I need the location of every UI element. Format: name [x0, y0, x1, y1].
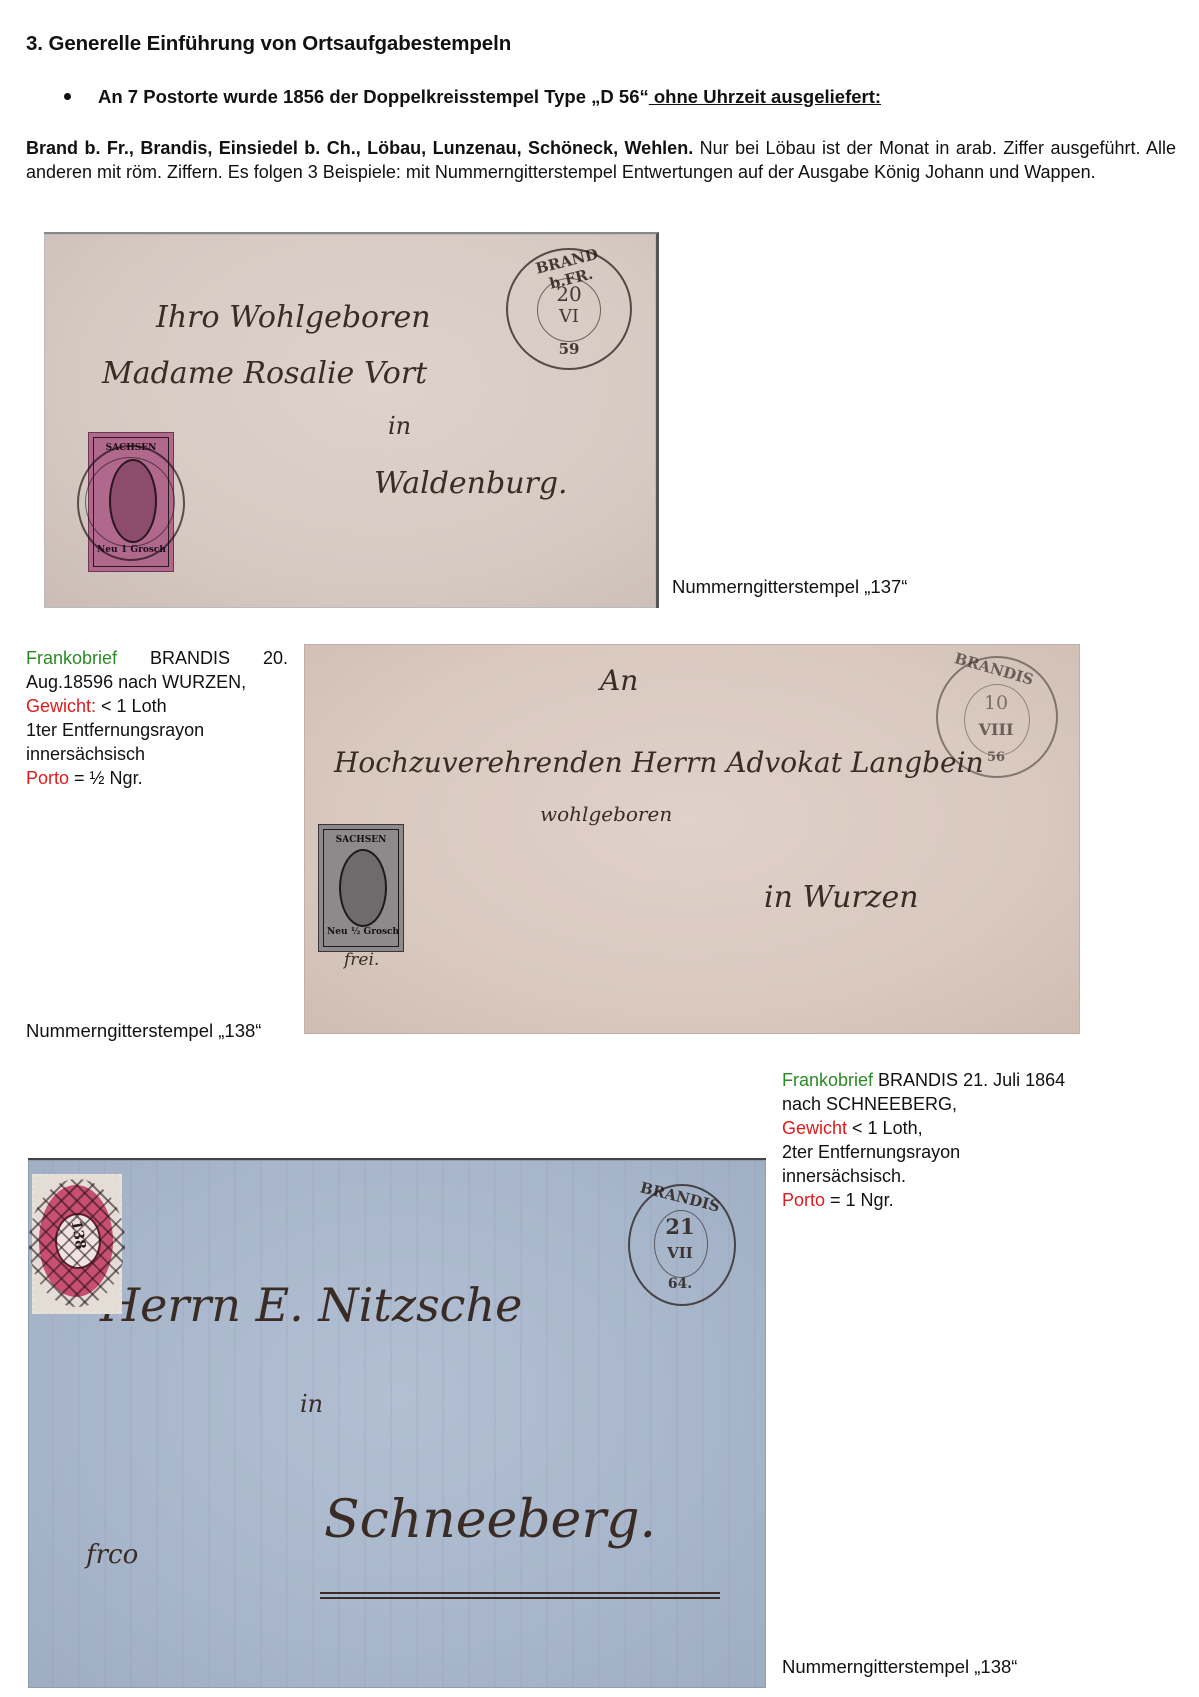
label-gewicht: Gewicht [782, 1118, 847, 1138]
address-line: Hochzuverehrenden Herrn Advokat Langbein [334, 746, 984, 779]
address-line: Madame Rosalie Vort [102, 356, 427, 391]
address-line: Ihro Wohlgeboren [156, 300, 431, 335]
cancel-caption-138-b: Nummerngitterstempel „138“ [782, 1656, 1017, 1678]
address-line: in Wurzen [764, 880, 919, 915]
label-frankobrief: Frankobrief [782, 1070, 873, 1090]
intro-town-list: Brand b. Fr., Brandis, Einsiedel b. Ch.,… [26, 138, 693, 158]
handwritten-note: frco [86, 1540, 138, 1570]
postmark-2-month: VIII [974, 720, 1018, 739]
postmark-1-year: 59 [547, 340, 591, 358]
label-porto: Porto [782, 1190, 825, 1210]
postmark-3-day: 21 [658, 1214, 702, 1239]
label-gewicht: Gewicht: [26, 696, 96, 716]
address-line: An [600, 664, 638, 697]
address-underline [320, 1592, 720, 1594]
cover-image-2: BRANDIS 10 VIII 56 An Hochzuverehrenden … [304, 644, 1080, 1034]
bullet-text: An 7 Postorte wurde 1856 der Doppelkreis… [98, 86, 649, 107]
section-heading: 3. Generelle Einführung von Ortsaufgabes… [26, 32, 511, 56]
address-line: in [300, 1390, 323, 1418]
description-line: < 1 Loth [96, 696, 167, 716]
address-line: in [388, 412, 411, 440]
description-line: < 1 Loth, [847, 1118, 923, 1138]
cancel-caption-137: Nummerngitterstempel „137“ [672, 576, 907, 598]
stamp-3: 138 [32, 1174, 122, 1314]
description-line: = 1 Ngr. [825, 1190, 894, 1210]
cover-3-description: Frankobrief BRANDIS 21. Juli 1864 nach S… [782, 1068, 1072, 1212]
label-frankobrief: Frankobrief [26, 648, 117, 668]
description-line: 2ter Entfernungsrayon innersächsisch. [782, 1140, 1002, 1188]
cover-image-3: BRANDIS 21 VII 64. Herrn E. Nitzsche in … [28, 1158, 766, 1688]
intro-paragraph: Brand b. Fr., Brandis, Einsiedel b. Ch.,… [26, 136, 1176, 184]
postmark-1-day: 20 [547, 282, 591, 306]
cancel-caption-138-a: Nummerngitterstempel „138“ [26, 1020, 261, 1042]
stamp-2-country: SACHSEN [319, 835, 403, 845]
handwritten-note: frei. [344, 950, 379, 970]
address-line: Schneeberg. [324, 1490, 656, 1550]
address-line: wohlgeboren [540, 802, 672, 826]
stamp-2-value-right: ½ Grosch [351, 927, 399, 937]
address-line: Waldenburg. [374, 466, 568, 501]
description-line: = ½ Ngr. [69, 768, 143, 788]
stamp-2: SACHSEN Neu ½ Grosch [318, 824, 404, 952]
postmark-1-month: VI [547, 306, 591, 327]
cover-image-1: BRAND b.FR. 20 VI 59 Ihro Wohlgeboren Ma… [44, 232, 659, 608]
postmark-2-day: 10 [974, 692, 1018, 714]
postmark-3-month: VII [658, 1244, 702, 1262]
stamp-1: SACHSEN Neu 1 Grosch [88, 432, 174, 572]
bullet-item: An 7 Postorte wurde 1856 der Doppelkreis… [64, 86, 881, 108]
bullet-dot [64, 93, 71, 100]
postmark-3-year: 64. [658, 1276, 702, 1292]
bullet-underlined-text: ohne Uhrzeit ausgeliefert: [649, 86, 881, 107]
stamp-2-value-left: Neu [327, 927, 348, 937]
label-porto: Porto [26, 768, 69, 788]
address-line: Herrn E. Nitzsche [100, 1278, 522, 1332]
cover-2-description: Frankobrief BRANDIS 20. Aug.18596 nach W… [26, 646, 288, 790]
description-line: 1ter Entfernungsrayon innersächsisch [26, 718, 236, 766]
